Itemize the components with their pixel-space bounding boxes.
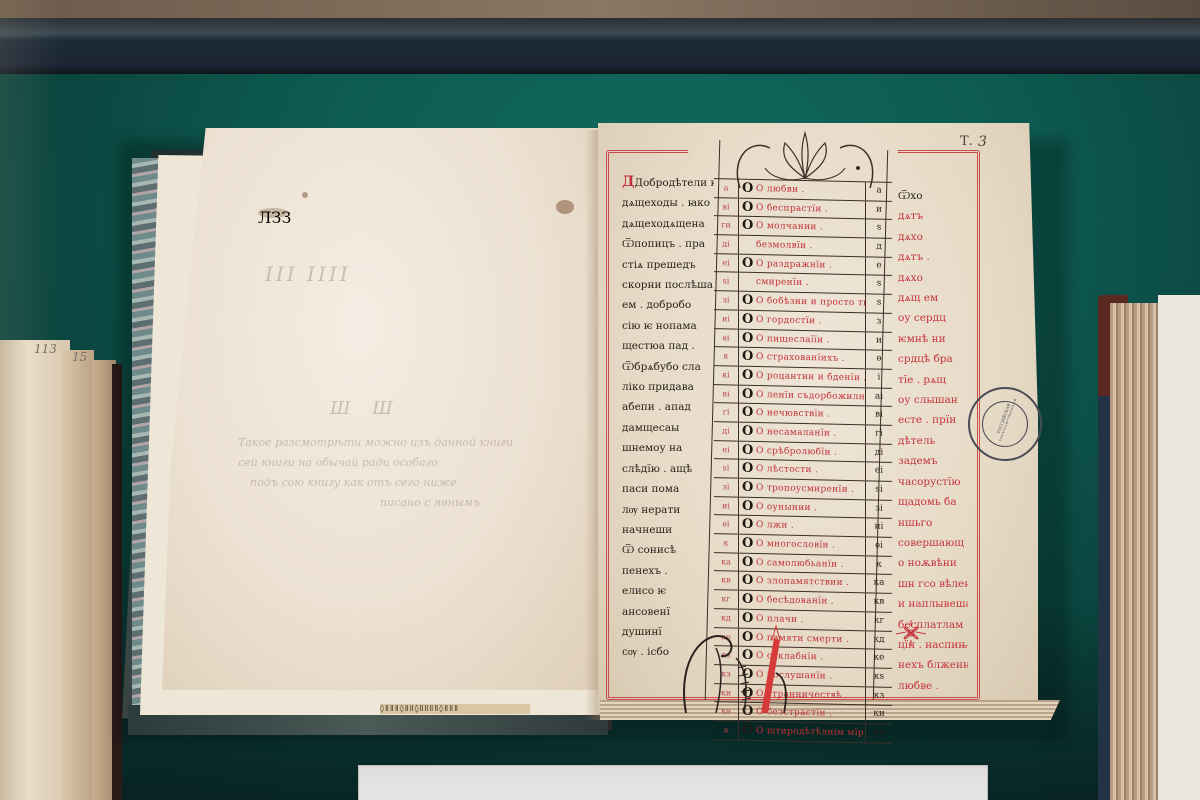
text-line: дѧщ ем — [898, 288, 968, 308]
text-line: о ноѫвѣни — [898, 553, 968, 573]
text-line: нехъ блженне — [898, 655, 968, 675]
chapter-title: О гордостїи . — [756, 315, 865, 327]
chapter-number: а — [714, 721, 739, 739]
faded-text-line: сей книги на обычай ради особаго — [238, 456, 438, 469]
page-ref: ѕ — [865, 294, 892, 312]
chapter-title: О бобѣзни и просто тк . — [756, 296, 865, 308]
text-line: щестюа пад . — [622, 336, 714, 356]
chapter-number: иі — [714, 310, 739, 328]
chapter-title: О беспрастїи . — [756, 203, 865, 215]
page-ref: гі — [865, 425, 892, 443]
chapter-number: еі — [714, 254, 739, 272]
chapter-number: а — [714, 179, 739, 197]
red-flower-ornament-icon — [894, 618, 928, 648]
chapter-number: ві — [714, 198, 739, 216]
text-line: есте . прїи — [898, 410, 968, 430]
initial-O: О — [742, 424, 756, 439]
initial-O: О — [742, 536, 756, 551]
page-ref: и — [865, 332, 892, 350]
page-ref: ві — [865, 407, 892, 425]
page-ref: и — [865, 201, 892, 219]
text-line: Ѿпопицъ . пра — [622, 234, 714, 254]
text-line: любве . — [898, 676, 968, 696]
stack-page — [0, 340, 70, 800]
page-edges — [1110, 303, 1160, 800]
folio-label: Т. — [960, 134, 973, 149]
page-ref: ді — [865, 444, 892, 462]
initial-O: О — [742, 443, 756, 458]
page-ref: і — [865, 369, 892, 387]
chapter-number: гі — [714, 403, 739, 421]
initial-O: О — [742, 293, 756, 308]
chapter-title: О роцантии и бденїи . — [756, 371, 865, 383]
chapter-number: кг — [714, 590, 739, 608]
text-line: срдцѣ бра — [898, 349, 968, 369]
initial-O: О — [742, 312, 756, 327]
text-line: скорни послѣша — [622, 275, 714, 295]
page-ref: к — [865, 556, 892, 574]
chapter-title: О раздражнїи . — [756, 259, 865, 271]
text-line: дѧхо — [898, 268, 968, 288]
page-ref: з — [865, 313, 892, 331]
text-line: оу сердц — [898, 308, 968, 328]
chapter-number: ѕі — [714, 459, 739, 477]
text-line: совершающ — [898, 533, 968, 553]
chapter-number: ѕі — [714, 273, 739, 291]
initial-O: О — [742, 181, 756, 196]
page-ref: ѕ — [865, 276, 892, 294]
chapter-title: О срѣбролюбїи . — [756, 445, 865, 457]
chapter-title: О любви . — [756, 184, 865, 196]
library-stamp-icon: РОССИЙСКАЯ ГОСУДАРСТВЕННАЯ БИБЛИОТЕКА · … — [968, 387, 1042, 461]
chapter-title: О штиродѣтѣлнім мїр — [756, 726, 865, 738]
chapter-title: О молчании . — [756, 221, 865, 233]
chapter-number: ѳі — [714, 516, 739, 534]
chapter-number: к — [714, 534, 739, 552]
chapter-title: О ленїи съдорбожилна . — [756, 389, 865, 401]
text-line: и наплывеша — [898, 594, 968, 614]
chapter-number: ді — [714, 422, 739, 440]
page-ref: кд — [865, 631, 892, 649]
stack-page — [62, 350, 94, 800]
page-ref: ѕі — [865, 481, 892, 499]
text-line: оу слышан — [898, 390, 968, 410]
page-ref: еі — [865, 463, 892, 481]
acanthus-ornament-icon — [676, 618, 816, 713]
page-ref: кѕ — [865, 668, 892, 686]
display-case-frame — [0, 0, 1200, 18]
text-line: стіѧ прешедъ — [622, 255, 714, 275]
text-line: дѧщеходѧщена — [622, 214, 714, 234]
page-ref: кз — [865, 687, 892, 705]
initial-O: О — [742, 480, 756, 495]
text-line: елисо ѥ — [622, 581, 714, 601]
text-line: Ѿбрѧбубо сла — [622, 357, 714, 377]
red-initial: Д — [622, 174, 634, 190]
page-ref: а — [865, 182, 892, 200]
faded-text-line: подъ сою книгу как отъ сего ниже — [250, 476, 457, 489]
chapter-number: к — [714, 347, 739, 365]
chapter-number: ѳі — [714, 329, 739, 347]
left-document-stack: 113 15 — [0, 330, 120, 800]
page-ref: ѳі — [865, 537, 892, 555]
text-line-rest: Добродѣтели кохо- — [634, 177, 714, 189]
chapter-number: кв — [714, 572, 739, 590]
page-ref: ка — [865, 575, 892, 593]
page-ref: кг — [865, 612, 892, 630]
page-ref: зі — [865, 500, 892, 518]
initial-O: О — [742, 517, 756, 532]
page-ref: е — [865, 257, 892, 275]
book-page — [1158, 295, 1200, 800]
page-ref: иі — [865, 519, 892, 537]
text-line: задемъ — [898, 451, 968, 471]
page-ref: кв — [865, 593, 892, 611]
page-ref: д — [865, 238, 892, 256]
page-ref: ѕ — [865, 220, 892, 238]
chapter-title: О страхованїихъ . — [756, 352, 865, 364]
text-line: дѧтъ . — [898, 247, 968, 267]
initial-O: О — [742, 499, 756, 514]
chapter-title: О оунынии . — [756, 502, 865, 514]
text-line: начнеши — [622, 520, 714, 540]
chapter-title: О бесѣдованїи . — [756, 595, 865, 607]
chapter-title: О тропоусмиренїи . — [756, 483, 865, 495]
chapter-number: зі — [714, 478, 739, 496]
text-line: ліко придава — [622, 377, 714, 397]
chapter-number: еі — [714, 441, 739, 459]
text-line: дѣтель — [898, 431, 968, 451]
page-ref: ки — [865, 706, 892, 724]
chapter-number: зі — [714, 291, 739, 309]
initial-O: О — [742, 387, 756, 402]
chapter-number: кі — [714, 366, 739, 384]
chapter-title: смиренїи . — [756, 277, 865, 289]
text-line: абепи . апад — [622, 397, 714, 417]
chapter-number: ді — [714, 235, 739, 253]
chapter-number: ка — [714, 553, 739, 571]
exhibit-placard — [358, 765, 988, 800]
page-ref: ѳ — [865, 350, 892, 368]
text-line: пенехъ . — [622, 561, 714, 581]
initial-O: О — [742, 368, 756, 383]
text-line: тїе . рѧщ — [898, 370, 968, 390]
text-line: паси пома — [622, 479, 714, 499]
initial-O: О — [742, 461, 756, 476]
initial-O: О — [742, 555, 756, 570]
initial-O: О — [742, 405, 756, 420]
text-line: дѧхо — [898, 227, 968, 247]
initial-O: О — [742, 723, 756, 738]
text-line: ншьго — [898, 513, 968, 533]
faded-mark: Ш Ш — [330, 398, 401, 419]
display-case-rail — [0, 18, 1200, 74]
text-line: лѹ нерати — [622, 500, 714, 520]
initial-O: О — [742, 349, 756, 364]
initial-O: О — [742, 592, 756, 607]
initial-O: О — [742, 574, 756, 589]
chapter-title: безмолвїи . — [756, 240, 865, 252]
left-text-column: ДДобродѣтели кохо- дѧщеходы . ꙗко дѧщехо… — [622, 172, 714, 663]
text-line: ѥмнѣ ни — [898, 329, 968, 349]
chapter-title: О пищеслаїїи . — [756, 333, 865, 345]
page-ref: кѳ — [865, 724, 892, 742]
spine-ornament: ◊ǁǁǁ◊ǁǁ◊ǁǁǁǁ◊ǁǁǁ — [380, 704, 530, 714]
chapter-number: иі — [714, 497, 739, 515]
ink-stain — [556, 200, 574, 214]
text-line: щадомь ба — [898, 492, 968, 512]
text-line: Ѿ сонисѣ — [622, 540, 714, 560]
initial-O: О — [742, 200, 756, 215]
text-line: сію ѥ нопама — [622, 316, 714, 336]
faded-mark: ІІІ ІІІІ — [265, 262, 351, 286]
text-line: Ѿхо — [898, 186, 968, 206]
page-ref: аі — [865, 388, 892, 406]
faded-text-line: писано с явнымъ — [380, 496, 480, 509]
chapter-title: О несамаланїи . — [756, 427, 865, 439]
text-line: дѧтъ — [898, 206, 968, 226]
text-line: часорустїю — [898, 472, 968, 492]
right-book-stack — [1098, 295, 1200, 800]
chapter-number: ги — [714, 217, 739, 235]
chapter-title: О злопамятствии . — [756, 576, 865, 588]
text-line: ДДобродѣтели кохо- — [622, 172, 714, 193]
text-line: шнемоу на — [622, 438, 714, 458]
text-line: слѣдїю . ащѣ — [622, 459, 714, 479]
chapter-title: О самолюбьанїи . — [756, 558, 865, 570]
text-line: дѧщеходы . ꙗко — [622, 193, 714, 213]
faded-text-line: Такое разсмотрѣти можно изъ данной книги — [238, 436, 513, 449]
chapter-title: О многословїи . — [756, 539, 865, 551]
initial-O: О — [742, 256, 756, 271]
chapter-number: ві — [714, 385, 739, 403]
ink-mark: ЛЗЗ — [258, 208, 288, 218]
text-line: дамщесаы — [622, 418, 714, 438]
chapter-title: О лжи . — [756, 520, 865, 532]
ink-stain — [302, 192, 308, 198]
text-line: ем . добробо — [622, 295, 714, 315]
stack-number: 15 — [72, 350, 87, 364]
text-line: шн гсо вѣлени — [898, 574, 968, 594]
initial-O: О — [742, 331, 756, 346]
table-row: аОО штиродѣтѣлнім мїркѳ — [714, 720, 892, 743]
stack-number: 113 — [34, 342, 57, 356]
chapter-title: О лѣстости . — [756, 464, 865, 476]
page-ref: ке — [865, 649, 892, 667]
initial-O: О — [742, 218, 756, 233]
chapter-title: О нечювствїи . — [756, 408, 865, 420]
folio-number: 3 — [978, 134, 987, 150]
